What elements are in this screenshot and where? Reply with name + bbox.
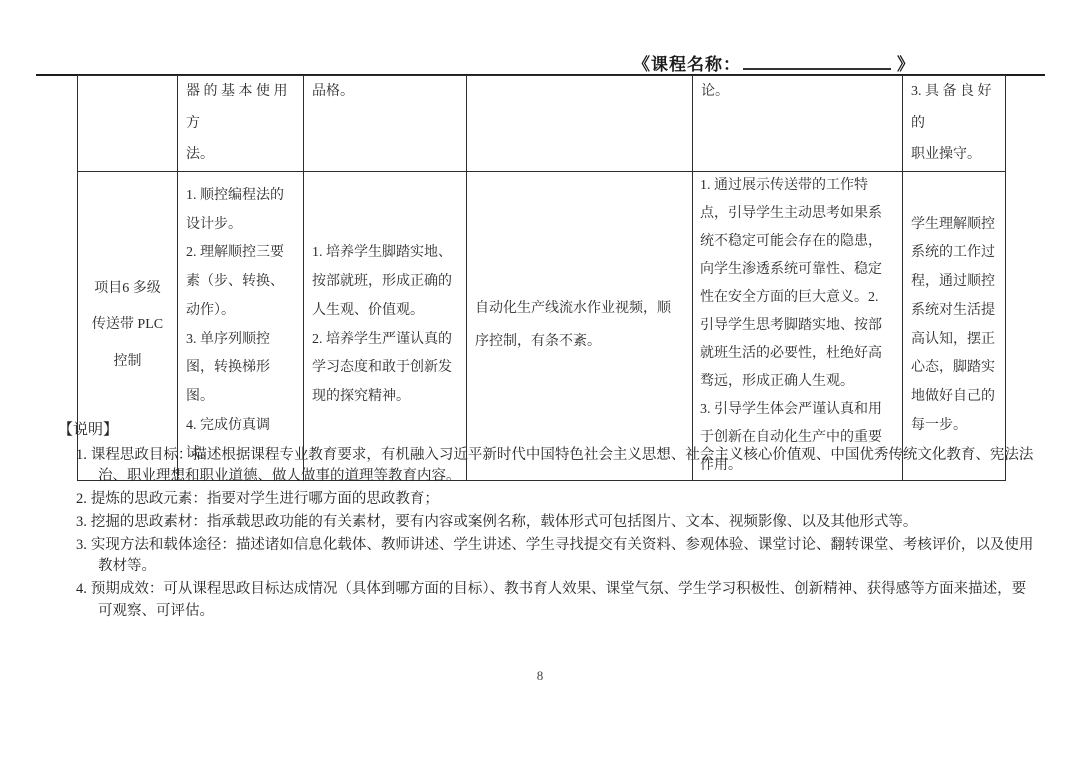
note-item-2: 2.提炼的思政元素：指要对学生进行哪方面的思政教育； <box>58 489 1036 511</box>
note-item-3: 3.挖掘的思政素材：指承载思政功能的有关素材，要有内容或案例名称，载体形式可包括… <box>58 512 1036 534</box>
note-item-5: 4.预期成效：可从课程思政目标达成情况（具体到哪方面的目标）、教书育人效果、课堂… <box>58 579 1036 623</box>
note-item-2-text: 提炼的思政元素：指要对学生进行哪方面的思政教育； <box>91 491 439 507</box>
note-item-1: 1.课程思政目标：描述根据课程专业教育要求，有机融入习近平新时代中国特色社会主义… <box>58 445 1036 489</box>
course-name-suffix: 》 <box>897 55 915 74</box>
note-item-4-text: 实现方法和载体途径：描述诸如信息化载体、教师讲述、学生讲述、学生寻找提交有关资料… <box>91 537 1034 575</box>
course-name-prefix: 《课程名称： <box>633 55 741 74</box>
note-item-2-number: 2. <box>76 491 87 507</box>
note-item-1-number: 1. <box>76 447 87 463</box>
note-item-4-number: 3. <box>76 537 87 553</box>
cell-prev-materials <box>467 76 693 172</box>
notes-header: 【说明】 <box>58 419 1036 442</box>
note-item-3-text: 挖掘的思政素材：指承载思政功能的有关素材，要有内容或案例名称，载体形式可包括图片… <box>91 514 918 530</box>
note-item-1-text: 课程思政目标：描述根据课程专业教育要求，有机融入习近平新时代中国特色社会主义思想… <box>91 447 1034 485</box>
cell-prev-effects: 3. 具 备 良 好 的 职业操守。 <box>903 76 1006 172</box>
note-item-3-number: 3. <box>76 514 87 530</box>
cell-prev-methods: 论。 <box>693 76 903 172</box>
course-name-blank <box>743 54 891 70</box>
note-item-5-text: 预期成效：可从课程思政目标达成情况（具体到哪方面的目标）、教书育人效果、课堂气氛… <box>91 581 1026 619</box>
document-page: { "header": { "course_label_prefix": "《课… <box>0 0 1080 764</box>
note-item-4: 3.实现方法和载体途径：描述诸如信息化载体、教师讲述、学生讲述、学生寻找提交有关… <box>58 535 1036 579</box>
course-name-title: 《课程名称：》 <box>633 50 915 75</box>
cell-prev-elements: 器 的 基 本 使 用 方 法。 <box>178 76 304 172</box>
notes-section: 【说明】 1.课程思政目标：描述根据课程专业教育要求，有机融入习近平新时代中国特… <box>58 419 1036 624</box>
cell-prev-goals: 品格。 <box>304 76 467 172</box>
table-row-previous-continuation: 器 的 基 本 使 用 方 法。 品格。 论。 3. 具 备 良 好 的 职业操… <box>78 76 1006 172</box>
page-number: 8 <box>0 668 1080 684</box>
note-item-5-number: 4. <box>76 581 87 597</box>
cell-prev-project <box>78 76 178 172</box>
